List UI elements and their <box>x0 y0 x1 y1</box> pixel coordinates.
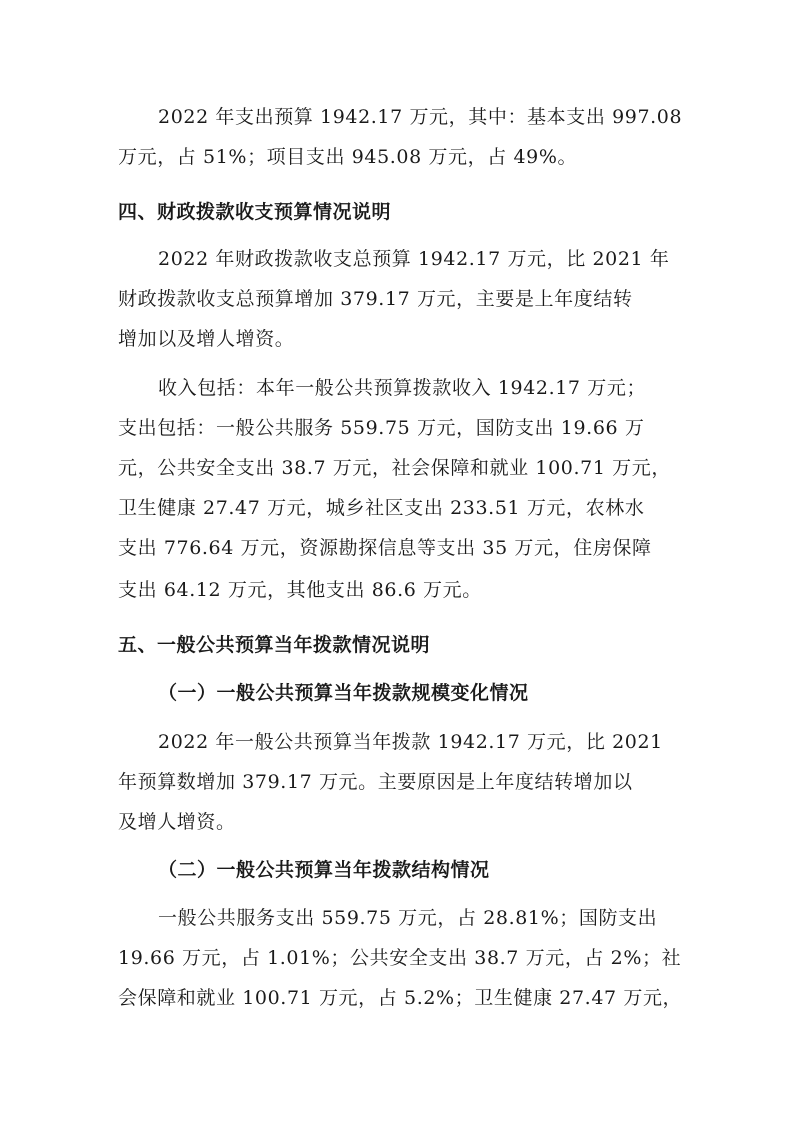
subsection-heading: （二）一般公共预算当年拨款结构情况 <box>158 858 490 882</box>
paragraph-line: 2022 年财政拨款收支总预算 1942.17 万元，比 2021 年 <box>158 247 669 271</box>
paragraph-line: 万元，占 51%；项目支出 945.08 万元，占 49%。 <box>118 145 577 169</box>
paragraph-line: 一般公共服务支出 559.75 万元，占 28.81%；国防支出 <box>158 906 657 930</box>
section-heading: 四、财政拨款收支预算情况说明 <box>118 200 391 224</box>
paragraph-line: 财政拨款收支总预算增加 379.17 万元，主要是上年度结转 <box>118 287 633 311</box>
paragraph-line: 收入包括：本年一般公共预算拨款收入 1942.17 万元； <box>158 376 646 400</box>
paragraph-line: 支出 64.12 万元，其他支出 86.6 万元。 <box>118 578 482 602</box>
paragraph-line: 19.66 万元，占 1.01%；公共安全支出 38.7 万元，占 2%；社 <box>118 946 681 970</box>
subsection-heading: （一）一般公共预算当年拨款规模变化情况 <box>158 681 529 705</box>
paragraph-line: 支出包括：一般公共服务 559.75 万元，国防支出 19.66 万 <box>118 416 644 440</box>
paragraph-line: 元，公共安全支出 38.7 万元，社会保障和就业 100.71 万元， <box>118 456 671 480</box>
paragraph-line: 及增人增资。 <box>118 810 236 834</box>
paragraph-line: 会保障和就业 100.71 万元，占 5.2%；卫生健康 27.47 万元， <box>118 986 682 1010</box>
section-heading: 五、一般公共预算当年拨款情况说明 <box>118 633 430 657</box>
paragraph-line: 年预算数增加 379.17 万元。主要原因是上年度结转增加以 <box>118 770 633 794</box>
paragraph-line: 2022 年一般公共预算当年拨款 1942.17 万元，比 2021 <box>158 730 663 754</box>
paragraph-line: 支出 776.64 万元，资源勘探信息等支出 35 万元，住房保障 <box>118 536 652 560</box>
paragraph-line: 2022 年支出预算 1942.17 万元，其中：基本支出 997.08 <box>158 105 682 129</box>
paragraph-line: 卫生健康 27.47 万元，城乡社区支出 233.51 万元，农林水 <box>118 496 644 520</box>
paragraph-line: 增加以及增人增资。 <box>118 327 294 351</box>
